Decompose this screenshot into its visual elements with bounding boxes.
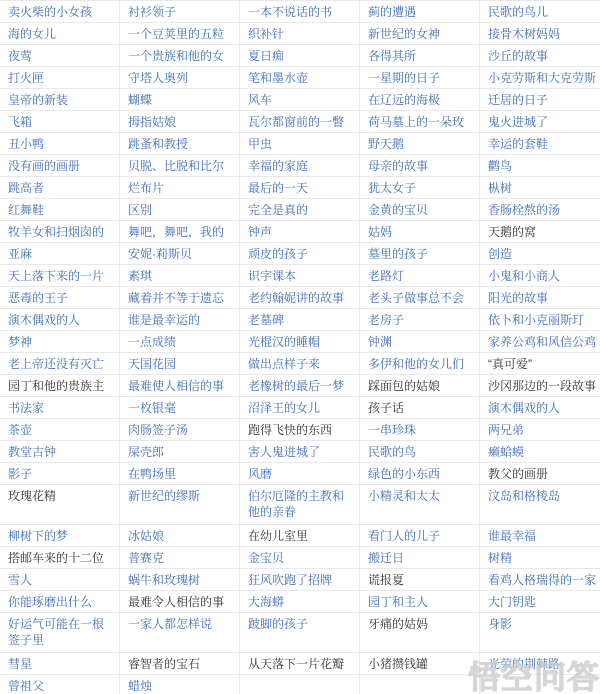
table-cell: 蓟的遭遇 [360, 1, 480, 23]
story-link[interactable]: 好运气可能在一根签子里 [8, 617, 104, 647]
story-link[interactable]: 孩子话 [368, 401, 404, 415]
story-link[interactable]: 一串珍珠 [368, 423, 416, 437]
table-row: 牧羊女和扫烟囱的人舞吧，舞吧，我的玩偶钟声姑妈天鹅的窝 [0, 221, 600, 243]
story-link[interactable]: 守塔人奥列 [128, 71, 188, 85]
table-cell: “真可爱” [480, 353, 600, 375]
table-cell: 蜗牛和玫瑰树 [120, 569, 240, 591]
table-row: 打火匣守塔人奥列笔和墨水壶一星期的日子小克劳斯和大克劳斯 [0, 67, 600, 89]
table-cell: 犹太女子 [360, 177, 480, 199]
story-link[interactable]: 看鸡人格瑞得的一家 [488, 573, 596, 587]
table-cell: 民歌的鸟 [360, 441, 480, 463]
story-link[interactable]: 衬衫领子 [128, 5, 176, 19]
table-cell: 大海蟒 [240, 591, 360, 613]
story-link[interactable]: 害人鬼进城了 [248, 445, 320, 459]
story-link[interactable]: 一点成绩 [128, 335, 176, 349]
story-link[interactable]: 小精灵和太太 [368, 489, 440, 503]
table-cell: 踩面包的姑娘 [360, 375, 480, 397]
table-row: 雪人蜗牛和玫瑰树狂风吹跑了招牌谎报夏看鸡人格瑞得的一家 [0, 569, 600, 591]
table-cell: 汶岛和格棱岛 [480, 485, 600, 525]
story-link[interactable]: 两兄弟 [488, 423, 524, 437]
story-link[interactable]: 钟声 [248, 225, 272, 239]
story-link[interactable]: 创造 [488, 247, 512, 261]
table-row: 影子在鸭场里风磨绿色的小东西教父的画册 [0, 463, 600, 485]
story-link[interactable]: 藏着并不等于遗忘 [128, 291, 224, 305]
story-link[interactable]: 阳光的故事 [488, 291, 548, 305]
table-cell: 顽皮的孩子 [240, 243, 360, 265]
table-row: 园丁和他的贵族主人最难使人相信的事情老橡树的最后一梦踩面包的姑娘沙冈那边的一段故… [0, 375, 600, 397]
table-cell: 最后的一天 [240, 177, 360, 199]
table-cell: 沙冈那边的一段故事 [480, 375, 600, 397]
story-link[interactable]: 荷马墓上的一朵玫瑰 [368, 115, 464, 133]
story-link[interactable]: 沙冈那边的一段故事 [488, 379, 596, 393]
table-cell: 依卜和小克丽斯玎 [480, 309, 600, 331]
table-cell: 在幼儿室里 [240, 525, 360, 547]
table-row: 飞箱拇指姑娘瓦尔都窗前的一瞥荷马墓上的一朵玫瑰鬼火进城了 [0, 111, 600, 133]
story-link[interactable]: 茶壶 [8, 423, 32, 437]
story-link[interactable]: 飞箱 [8, 115, 32, 129]
table-cell [240, 675, 360, 694]
story-link[interactable]: 拇指姑娘 [128, 115, 176, 129]
story-link[interactable]: 接骨木树妈妈 [488, 27, 560, 41]
table-cell: 搬迁日 [360, 547, 480, 569]
story-link[interactable]: 风车 [248, 93, 272, 107]
table-cell: 安妮·莉斯贝 [120, 243, 240, 265]
table-cell: 织补针 [240, 23, 360, 45]
table-cell: 老橡树的最后一梦 [240, 375, 360, 397]
story-link[interactable]: 从天落下一片花瓣 [248, 657, 344, 671]
story-link[interactable]: 最难令人相信的事 [128, 595, 224, 609]
table-row: 彗星睿智者的宝石从天落下一片花瓣小猪攒钱罐光荣的荆棘路 [0, 653, 600, 675]
story-link[interactable]: 姑妈 [368, 225, 392, 239]
story-link[interactable]: 民歌的鸟儿 [488, 5, 548, 19]
story-link[interactable]: 跳高者 [8, 181, 44, 195]
story-link[interactable]: 园丁和主人 [368, 595, 428, 609]
story-link[interactable]: 烂布片 [128, 181, 164, 195]
table-cell: 老房子 [360, 309, 480, 331]
story-link[interactable]: 顽皮的孩子 [248, 247, 308, 261]
table-cell: 舞吧，舞吧，我的玩偶 [120, 221, 240, 243]
table-cell [360, 675, 480, 694]
table-cell: 天鹅的窝 [480, 221, 600, 243]
table-cell: 影子 [0, 463, 120, 485]
story-link[interactable]: 天上落下来的一片叶子 [8, 269, 104, 287]
table-row: 跳高者烂布片最后的一天犹太女子枞树 [0, 177, 600, 199]
story-link[interactable]: 家养公鸡和风信公鸡 [488, 335, 596, 349]
table-cell: 肉肠签子汤 [120, 419, 240, 441]
story-link[interactable]: 书法家 [8, 401, 44, 415]
table-cell: 看门人的儿子 [360, 525, 480, 547]
story-link[interactable]: 搬迁日 [368, 551, 404, 565]
table-row: 卖火柴的小女孩衬衫领子一本不说话的书蓟的遭遇民歌的鸟儿 [0, 1, 600, 23]
story-link[interactable]: 一本不说话的书 [248, 5, 332, 19]
story-link[interactable]: 墓里的孩子 [368, 247, 428, 261]
table-cell: 从天落下一片花瓣 [240, 653, 360, 675]
story-link[interactable]: 演木偶戏的人 [8, 313, 80, 327]
table-cell: 茶壶 [0, 419, 120, 441]
table-cell [480, 675, 600, 694]
table-cell: 光荣的荆棘路 [480, 653, 600, 675]
table-cell: 烂布片 [120, 177, 240, 199]
table-row: 曾祖父蜡烛 [0, 675, 600, 694]
table-row: 丑小鸭跳蚤和教授甲虫野天鹅幸运的套鞋 [0, 133, 600, 155]
story-link[interactable]: 谁最幸福 [488, 529, 536, 543]
story-link[interactable]: 多伊和他的女儿们 [368, 357, 464, 371]
story-link[interactable]: 玫瑰花精 [8, 489, 56, 503]
story-link[interactable]: 夜莺 [8, 49, 32, 63]
table-cell: 小鬼和小商人 [480, 265, 600, 287]
table-cell: 荷马墓上的一朵玫瑰 [360, 111, 480, 133]
table-row: 皇帝的新装蝴蝶风车在辽远的海极迁居的日子 [0, 89, 600, 111]
story-link[interactable]: 老墓碑 [248, 313, 284, 327]
table-cell: 教堂古钟 [0, 441, 120, 463]
story-link[interactable]: 红舞鞋 [8, 203, 44, 217]
table-cell: 亚麻 [0, 243, 120, 265]
table-cell: 迁居的日子 [480, 89, 600, 111]
table-cell: 老头子做事总不会错 [360, 287, 480, 309]
story-link[interactable]: 彗星 [8, 657, 32, 671]
table-cell: 恶毒的王子 [0, 287, 120, 309]
table-cell: 小克劳斯和大克劳斯 [480, 67, 600, 89]
table-cell: 沼泽王的女儿 [240, 397, 360, 419]
story-link[interactable]: 海的女儿 [8, 27, 56, 41]
table-cell: 跑得飞快的东西 [240, 419, 360, 441]
story-link[interactable]: 谎报夏 [368, 573, 404, 587]
story-link[interactable]: 跛脚的孩子 [248, 617, 308, 631]
story-link[interactable]: 母亲的故事 [368, 159, 428, 173]
story-link[interactable]: 鬼火进城了 [488, 115, 548, 129]
story-link[interactable]: 新世纪的女神 [368, 27, 440, 41]
table-cell: 一星期的日子 [360, 67, 480, 89]
story-link[interactable]: 没有画的画册 [8, 159, 80, 173]
table-cell: 香肠栓熬的汤 [480, 199, 600, 221]
table-cell: 天国花园 [120, 353, 240, 375]
table-cell: 守塔人奥列 [120, 67, 240, 89]
story-link[interactable]: 身影 [488, 617, 512, 631]
table-cell: 冰姑娘 [120, 525, 240, 547]
table-cell: 梦神 [0, 331, 120, 353]
story-link[interactable]: 亚麻 [8, 247, 32, 261]
story-link[interactable]: 大海蟒 [248, 595, 284, 609]
story-link[interactable]: 金黄的宝贝 [368, 203, 428, 217]
table-cell: 谎报夏 [360, 569, 480, 591]
story-link[interactable]: 谁是最幸运的 [128, 313, 200, 327]
story-link[interactable]: 在幼儿室里 [248, 529, 308, 543]
table-cell: 雪人 [0, 569, 120, 591]
table-cell: 幸运的套鞋 [480, 133, 600, 155]
table-cell: 好运气可能在一根签子里 [0, 613, 120, 653]
table-cell: 做出点样子来 [240, 353, 360, 375]
story-link[interactable]: 汶岛和格棱岛 [488, 489, 560, 503]
table-cell: 一本不说话的书 [240, 1, 360, 23]
story-link[interactable]: 做出点样子来 [248, 357, 320, 371]
table-cell: 创造 [480, 243, 600, 265]
story-link[interactable]: 识字课本 [248, 269, 296, 283]
table-cell: 看鸡人格瑞得的一家 [480, 569, 600, 591]
story-link[interactable]: 冰姑娘 [128, 529, 164, 543]
table-cell: 飞箱 [0, 111, 120, 133]
story-link[interactable]: 在辽远的海极 [368, 93, 440, 107]
table-cell: 区别 [120, 199, 240, 221]
table-cell: 家养公鸡和风信公鸡 [480, 331, 600, 353]
table-cell: 最难使人相信的事情 [120, 375, 240, 397]
story-link[interactable]: 新世纪的缪斯 [128, 489, 200, 503]
story-link[interactable]: 搭邮车来的十二位 [8, 551, 104, 565]
table-cell: 小精灵和太太 [360, 485, 480, 525]
table-cell: 跛脚的孩子 [240, 613, 360, 653]
table-cell: 睿智者的宝石 [120, 653, 240, 675]
table-row: 你能琢磨出什么最难令人相信的事大海蟒园丁和主人大门钥匙 [0, 591, 600, 613]
table-cell: 小猪攒钱罐 [360, 653, 480, 675]
table-cell: 牙痛的姑妈 [360, 613, 480, 653]
story-link[interactable]: 枞树 [488, 181, 512, 195]
story-link[interactable]: 柳树下的梦 [8, 529, 68, 543]
story-link[interactable]: 你能琢磨出什么 [8, 595, 92, 609]
story-link[interactable]: 天鹅的窝 [488, 225, 536, 239]
story-link[interactable]: 看门人的儿子 [368, 529, 440, 543]
table-cell: 园丁和他的贵族主人 [0, 375, 120, 397]
story-link[interactable]: 一个贵族和他的女儿们 [128, 49, 224, 67]
story-link[interactable]: 跳蚤和教授 [128, 137, 188, 151]
story-link[interactable]: 犹太女子 [368, 181, 416, 195]
story-link[interactable]: 沼泽王的女儿 [248, 401, 320, 415]
table-cell: 各得其所 [360, 45, 480, 67]
table-cell: 鬼火进城了 [480, 111, 600, 133]
table-cell: 老墓碑 [240, 309, 360, 331]
table-cell: 金黄的宝贝 [360, 199, 480, 221]
table-cell: 枞树 [480, 177, 600, 199]
table-cell: 钟渊 [360, 331, 480, 353]
story-link[interactable]: 老橡树的最后一梦 [248, 379, 344, 393]
table-cell: 阳光的故事 [480, 287, 600, 309]
story-title-table: 卖火柴的小女孩衬衫领子一本不说话的书蓟的遭遇民歌的鸟儿海的女儿一个豆荚里的五粒豆… [0, 0, 600, 694]
table-cell: 瓦尔都窗前的一瞥 [240, 111, 360, 133]
table-row: 海的女儿一个豆荚里的五粒豆织补针新世纪的女神接骨木树妈妈 [0, 23, 600, 45]
story-link[interactable]: 光棍汉的睡帽 [248, 335, 320, 349]
story-link[interactable]: 伯尔厄隆的主教和他的亲眷 [248, 489, 344, 519]
story-link[interactable]: 踩面包的姑娘 [368, 379, 440, 393]
table-cell: 最难令人相信的事 [120, 591, 240, 613]
table-cell: 蜡烛 [120, 675, 240, 694]
table-row: 玫瑰花精新世纪的缪斯伯尔厄隆的主教和他的亲眷小精灵和太太汶岛和格棱岛 [0, 485, 600, 525]
story-link[interactable]: 老路灯 [368, 269, 404, 283]
table-cell: 打火匣 [0, 67, 120, 89]
story-link[interactable]: 天国花园 [128, 357, 176, 371]
story-link[interactable]: 恶毒的王子 [8, 291, 68, 305]
story-link[interactable]: 老上帝还没有灭亡 [8, 357, 104, 371]
story-link[interactable]: 小鬼和小商人 [488, 269, 560, 283]
story-link[interactable]: 民歌的鸟 [368, 445, 416, 459]
table-cell: 在辽远的海极 [360, 89, 480, 111]
table-cell: 树精 [480, 547, 600, 569]
table-cell: 演木偶戏的人 [0, 309, 120, 331]
table-cell: 幸福的家庭 [240, 155, 360, 177]
story-link[interactable]: 狂风吹跑了招牌 [248, 573, 332, 587]
table-row: 柳树下的梦冰姑娘在幼儿室里看门人的儿子谁最幸福 [0, 525, 600, 547]
table-cell: 新世纪的女神 [360, 23, 480, 45]
story-link[interactable]: 一星期的日子 [368, 71, 440, 85]
story-link[interactable]: 教堂古钟 [8, 445, 56, 459]
story-link[interactable]: 老约翰妮讲的故事 [248, 291, 344, 305]
table-cell: 卖火柴的小女孩 [0, 1, 120, 23]
table-cell: 衬衫领子 [120, 1, 240, 23]
table-cell: 一枚银毫 [120, 397, 240, 419]
table-cell: 你能琢磨出什么 [0, 591, 120, 613]
story-link[interactable]: 牙痛的姑妈 [368, 617, 428, 631]
table-cell: 曾祖父 [0, 675, 120, 694]
story-link[interactable]: 幸福的家庭 [248, 159, 308, 173]
story-link[interactable]: 大门钥匙 [488, 595, 536, 609]
story-link[interactable]: 一枚银毫 [128, 401, 176, 415]
table-cell: 沙丘的故事 [480, 45, 600, 67]
story-link[interactable]: 绿色的小东西 [368, 467, 440, 481]
table-row: 恶毒的王子藏着并不等于遗忘老约翰妮讲的故事老头子做事总不会错阳光的故事 [0, 287, 600, 309]
story-link[interactable]: “真可爱” [488, 357, 532, 371]
story-link[interactable]: 素琪 [128, 269, 152, 283]
story-link[interactable]: 金宝贝 [248, 551, 284, 565]
table-cell: 鹳鸟 [480, 155, 600, 177]
table-cell: 多伊和他的女儿们 [360, 353, 480, 375]
table-cell: 蝴蝶 [120, 89, 240, 111]
table-cell: 在鸭场里 [120, 463, 240, 485]
story-link[interactable]: 风磨 [248, 467, 272, 481]
table-cell: 书法家 [0, 397, 120, 419]
table-cell: 金宝贝 [240, 547, 360, 569]
table-cell: 风车 [240, 89, 360, 111]
story-link[interactable]: 蓟的遭遇 [368, 5, 416, 19]
story-link[interactable]: 安妮·莉斯贝 [128, 247, 192, 261]
table-cell: 园丁和主人 [360, 591, 480, 613]
story-link[interactable]: 各得其所 [368, 49, 416, 63]
table-cell: 一家人都怎样说 [120, 613, 240, 653]
story-link[interactable]: 教父的画册 [488, 467, 548, 481]
table-cell: 一个贵族和他的女儿们 [120, 45, 240, 67]
story-link[interactable]: 小猪攒钱罐 [368, 657, 428, 671]
table-cell: 墓里的孩子 [360, 243, 480, 265]
story-link[interactable]: 一个豆荚里的五粒豆 [128, 27, 224, 45]
table-cell: 识字课本 [240, 265, 360, 287]
table-cell: 甲虫 [240, 133, 360, 155]
table-cell: 身影 [480, 613, 600, 653]
story-link[interactable]: 鹳鸟 [488, 159, 512, 173]
table-cell: 孩子话 [360, 397, 480, 419]
story-link[interactable]: 小克劳斯和大克劳斯 [488, 71, 596, 85]
table-cell: 老约翰妮讲的故事 [240, 287, 360, 309]
table-row: 书法家一枚银毫沼泽王的女儿孩子话演木偶戏的人 [0, 397, 600, 419]
story-link[interactable]: 幸运的套鞋 [488, 137, 548, 151]
story-link[interactable]: 癞蛤蟆 [488, 445, 524, 459]
story-link[interactable]: 钟渊 [368, 335, 392, 349]
story-link[interactable]: 屎壳郎 [128, 445, 164, 459]
table-cell: 接骨木树妈妈 [480, 23, 600, 45]
story-link[interactable]: 老房子 [368, 313, 404, 327]
story-link[interactable]: 睿智者的宝石 [128, 657, 200, 671]
table-row: 天上落下来的一片叶子素琪识字课本老路灯小鬼和小商人 [0, 265, 600, 287]
story-link[interactable]: 蜡烛 [128, 679, 152, 693]
table-cell: 普赛克 [120, 547, 240, 569]
table-cell: 野天鹅 [360, 133, 480, 155]
table-row: 亚麻安妮·莉斯贝顽皮的孩子墓里的孩子创造 [0, 243, 600, 265]
table-cell: 一点成绩 [120, 331, 240, 353]
story-link[interactable]: 光荣的荆棘路 [488, 657, 560, 671]
table-cell: 新世纪的缪斯 [120, 485, 240, 525]
story-link[interactable]: 牧羊女和扫烟囱的人 [8, 225, 104, 243]
story-link[interactable]: 区别 [128, 203, 152, 217]
table-row: 老上帝还没有灭亡天国花园做出点样子来多伊和他的女儿们“真可爱” [0, 353, 600, 375]
table-cell: 害人鬼进城了 [240, 441, 360, 463]
table-cell: 笔和墨水壶 [240, 67, 360, 89]
story-link[interactable]: 野天鹅 [368, 137, 404, 151]
story-link[interactable]: 园丁和他的贵族主人 [8, 379, 104, 397]
table-cell: 皇帝的新装 [0, 89, 120, 111]
table-cell: 教父的画册 [480, 463, 600, 485]
table-cell: 姑妈 [360, 221, 480, 243]
story-link[interactable]: 一家人都怎样说 [128, 617, 212, 631]
table-cell: 夏日痴 [240, 45, 360, 67]
table-cell: 彗星 [0, 653, 120, 675]
story-link[interactable]: 打火匣 [8, 71, 44, 85]
table-cell: 屎壳郎 [120, 441, 240, 463]
story-link[interactable]: 贝脱、比脱和比尔 [128, 159, 224, 173]
table-cell: 搭邮车来的十二位 [0, 547, 120, 569]
story-link[interactable]: 织补针 [248, 27, 284, 41]
table-row: 搭邮车来的十二位普赛克金宝贝搬迁日树精 [0, 547, 600, 569]
table-cell: 光棍汉的睡帽 [240, 331, 360, 353]
story-link[interactable]: 完全是真的 [248, 203, 308, 217]
story-link[interactable]: 瓦尔都窗前的一瞥 [248, 115, 344, 129]
story-link[interactable]: 皇帝的新装 [8, 93, 68, 107]
story-link[interactable]: 卖火柴的小女孩 [8, 5, 92, 19]
story-link[interactable]: 最难使人相信的事情 [128, 379, 224, 397]
story-link[interactable]: 雪人 [8, 573, 32, 587]
table-cell: 大门钥匙 [480, 591, 600, 613]
story-link[interactable]: 沙丘的故事 [488, 49, 548, 63]
story-link[interactable]: 丑小鸭 [8, 137, 44, 151]
table-cell: 牧羊女和扫烟囱的人 [0, 221, 120, 243]
story-link[interactable]: 笔和墨水壶 [248, 71, 308, 85]
story-link[interactable]: 影子 [8, 467, 32, 481]
table-row: 梦神一点成绩光棍汉的睡帽钟渊家养公鸡和风信公鸡 [0, 331, 600, 353]
story-link[interactable]: 曾祖父 [8, 679, 44, 693]
table-cell: 夜莺 [0, 45, 120, 67]
story-link[interactable]: 树精 [488, 551, 512, 565]
story-link[interactable]: 迁居的日子 [488, 93, 548, 107]
table-cell: 两兄弟 [480, 419, 600, 441]
story-link[interactable]: 舞吧，舞吧，我的玩偶 [128, 225, 224, 243]
story-link[interactable]: 肉肠签子汤 [128, 423, 188, 437]
story-link[interactable]: 老头子做事总不会错 [368, 291, 464, 309]
story-link[interactable]: 演木偶戏的人 [488, 401, 560, 415]
story-link[interactable]: 夏日痴 [248, 49, 284, 63]
story-link[interactable]: 依卜和小克丽斯玎 [488, 313, 584, 327]
table-row: 红舞鞋区别完全是真的金黄的宝贝香肠栓熬的汤 [0, 199, 600, 221]
story-link[interactable]: 跑得飞快的东西 [248, 423, 332, 437]
story-link[interactable]: 普赛克 [128, 551, 164, 565]
story-link[interactable]: 甲虫 [248, 137, 272, 151]
table-cell: 钟声 [240, 221, 360, 243]
table-row: 夜莺一个贵族和他的女儿们夏日痴各得其所沙丘的故事 [0, 45, 600, 67]
story-link[interactable]: 最后的一天 [248, 181, 308, 195]
table-cell: 谁是最幸运的 [120, 309, 240, 331]
story-link[interactable]: 香肠栓熬的汤 [488, 203, 560, 217]
table-cell: 藏着并不等于遗忘 [120, 287, 240, 309]
table-cell: 一个豆荚里的五粒豆 [120, 23, 240, 45]
story-link[interactable]: 梦神 [8, 335, 32, 349]
story-link[interactable]: 蜗牛和玫瑰树 [128, 573, 200, 587]
story-link[interactable]: 在鸭场里 [128, 467, 176, 481]
table-cell: 跳蚤和教授 [120, 133, 240, 155]
table-cell: 海的女儿 [0, 23, 120, 45]
story-link[interactable]: 蝴蝶 [128, 93, 152, 107]
